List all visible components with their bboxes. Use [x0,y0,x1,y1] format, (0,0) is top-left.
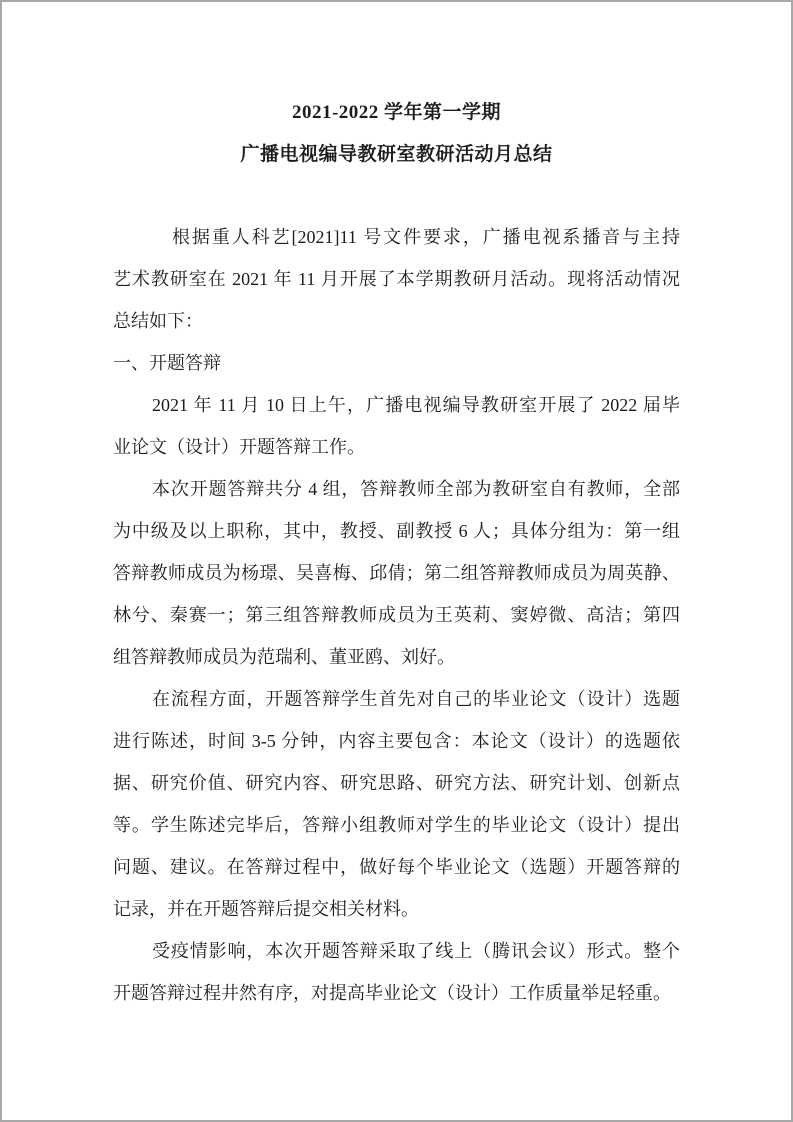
paragraph-line: 林兮、秦赛一；第三组答辩教师成员为王英莉、窦婷微、高洁；第四 [113,594,680,636]
paragraph-line: 在流程方面，开题答辩学生首先对自己的毕业论文（设计）选题 [113,678,680,720]
paragraph-line: 2021 年 11 月 10 日上午，广播电视编导教研室开展了 2022 届毕 [113,384,680,426]
paragraph-line: 艺术教研室在 2021 年 11 月开展了本学期教研月活动。现将活动情况 [113,258,680,300]
paragraph-line: 总结如下： [113,300,680,342]
document-title-line: 广播电视编导教研室教研活动月总结 [113,134,680,176]
document-body: 根据重人科艺[2021]11 号文件要求，广播电视系播音与主持艺术教研室在 20… [113,216,680,1014]
paragraph-line: 等。学生陈述完毕后，答辩小组教师对学生的毕业论文（设计）提出 [113,804,680,846]
paragraph-line: 业论文（设计）开题答辩工作。 [113,426,680,468]
paragraph-line: 据、研究价值、研究内容、研究思路、研究方法、研究计划、创新点 [113,762,680,804]
paragraph-line: 组答辩教师成员为范瑞利、董亚鸥、刘好。 [113,636,680,678]
paragraph-line: 答辩教师成员为杨璟、吴喜梅、邱倩；第二组答辩教师成员为周英静、 [113,552,680,594]
section-heading: 一、开题答辩 [113,342,680,384]
document-title: 2021-2022 学年第一学期广播电视编导教研室教研活动月总结 [113,92,680,176]
paragraph-line: 根据重人科艺[2021]11 号文件要求，广播电视系播音与主持 [113,216,680,258]
paragraph-line: 为中级及以上职称，其中，教授、副教授 6 人；具体分组为：第一组 [113,510,680,552]
paragraph-line: 开题答辩过程井然有序，对提高毕业论文（设计）工作质量举足轻重。 [113,972,680,1014]
paragraph-line: 本次开题答辩共分 4 组，答辩教师全部为教研室自有教师，全部 [113,468,680,510]
document-page: 2021-2022 学年第一学期广播电视编导教研室教研活动月总结 根据重人科艺[… [0,0,793,1122]
document-title-line: 2021-2022 学年第一学期 [113,92,680,134]
paragraph-line: 受疫情影响，本次开题答辩采取了线上（腾讯会议）形式。整个 [113,930,680,972]
paragraph-line: 问题、建议。在答辩过程中，做好每个毕业论文（选题）开题答辩的 [113,846,680,888]
paragraph-line: 进行陈述，时间 3-5 分钟，内容主要包含：本论文（设计）的选题依 [113,720,680,762]
paragraph-line: 记录，并在开题答辩后提交相关材料。 [113,888,680,930]
